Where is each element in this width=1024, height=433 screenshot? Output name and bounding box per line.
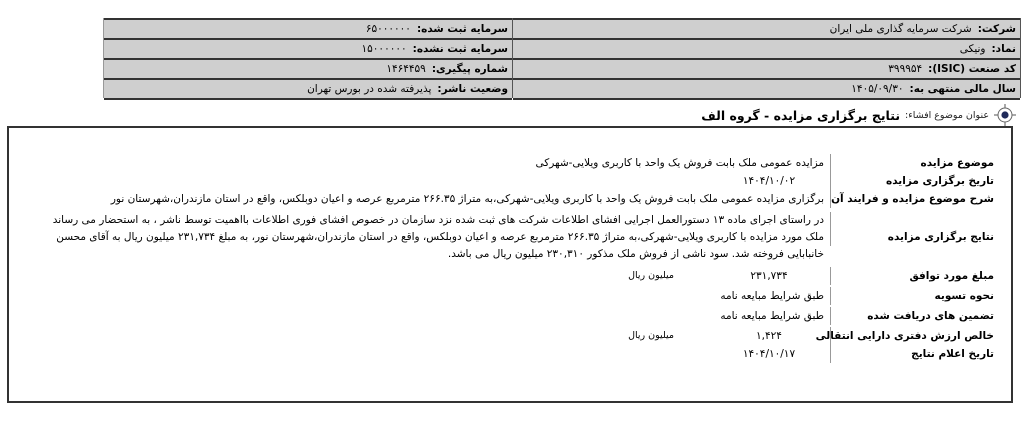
net-book-value-value: ۱,۴۲۴: [714, 327, 824, 345]
publisher-status-label: وضعیت ناشر:: [437, 83, 508, 95]
auction-subject-row: موضوع مزایده مزایده عمومی ملک بابت فروش …: [38, 154, 998, 172]
unregistered-capital-row: سرمایه ثبت نشده: ۱۵۰۰۰۰۰۰: [104, 38, 512, 58]
isic-value: ۳۹۹۹۵۴: [888, 63, 922, 75]
tracking-number-row: شماره پیگیری: ۱۴۶۴۴۵۹: [104, 58, 512, 78]
agreed-amount-value: ۲۳۱,۷۳۴: [714, 267, 824, 285]
settlement-row: نحوه تسویه طبق شرایط مبایعه نامه: [38, 287, 998, 305]
agreed-amount-row: مبلغ مورد توافق ۲۳۱,۷۳۴ میلیون ریال: [38, 267, 998, 285]
company-name-value: شرکت سرمایه گذاری ملی ایران: [830, 23, 972, 35]
auction-results-value: در راستای اجرای ماده ۱۳ دستورالعمل اجرای…: [38, 212, 830, 263]
unregistered-capital-label: سرمایه ثبت نشده:: [413, 43, 508, 55]
subject-label: عنوان موضوع افشاء:: [905, 110, 989, 121]
auction-subject-value: مزایده عمومی ملک بابت فروش یک واحد با کا…: [535, 154, 830, 172]
registered-capital-row: سرمایه ثبت شده: ۶۵۰۰۰۰۰۰: [104, 18, 512, 38]
auction-date-row: تاریخ برگزاری مزایده ۱۴۰۴/۱۰/۰۲: [38, 172, 998, 190]
guarantees-value: طبق شرایط مبایعه نامه: [720, 307, 830, 325]
announcement-date-row: تاریخ اعلام نتایج ۱۴۰۴/۱۰/۱۷: [38, 345, 998, 363]
auction-date-value: ۱۴۰۴/۱۰/۰۲: [714, 172, 830, 190]
net-book-value-label: خالص ارزش دفتری دارایی انتقالی: [830, 327, 998, 345]
auction-results-row: نتایج برگزاری مزایده در راستای اجرای ماد…: [38, 212, 998, 263]
auction-results-label: نتایج برگزاری مزایده: [830, 212, 998, 246]
isic-label: کد صنعت (ISIC):: [928, 63, 1016, 75]
announcement-date-label: تاریخ اعلام نتایج: [830, 345, 998, 363]
agreed-amount-label: مبلغ مورد توافق: [830, 267, 998, 285]
registered-capital-value: ۶۵۰۰۰۰۰۰: [366, 23, 411, 35]
subject-title: نتایج برگزاری مزایده - گروه الف: [701, 108, 900, 123]
settlement-value: طبق شرایط مبایعه نامه: [720, 287, 830, 305]
auction-description-value: برگزاری مزایده عمومی ملک بابت فروش یک وا…: [111, 190, 830, 208]
company-name-row: شرکت: شرکت سرمایه گذاری ملی ایران: [513, 18, 1020, 38]
target-icon: [994, 104, 1016, 126]
tracking-number-value: ۱۴۶۴۴۵۹: [386, 63, 425, 75]
auction-description-label: شرح موضوع مزایده و فرایند آن: [830, 190, 998, 208]
unregistered-capital-value: ۱۵۰۰۰۰۰۰: [362, 43, 407, 55]
tracking-number-label: شماره پیگیری:: [432, 63, 508, 75]
symbol-label: نماد:: [991, 43, 1016, 55]
fiscal-year-value: ۱۴۰۵/۰۹/۳۰: [851, 83, 903, 95]
registered-capital-label: سرمایه ثبت شده:: [417, 23, 508, 35]
company-info-right-column: شرکت: شرکت سرمایه گذاری ملی ایران نماد: …: [512, 18, 1020, 98]
guarantees-label: تضمین های دریافت شده: [830, 307, 998, 325]
company-name-label: شرکت:: [978, 23, 1016, 35]
auction-date-label: تاریخ برگزاری مزایده: [830, 172, 998, 190]
agreed-amount-unit: میلیون ریال: [628, 267, 674, 285]
auction-details: موضوع مزایده مزایده عمومی ملک بابت فروش …: [38, 154, 998, 363]
net-book-value-unit: میلیون ریال: [628, 327, 674, 345]
auction-subject-label: موضوع مزایده: [830, 154, 998, 172]
fiscal-year-row: سال مالی منتهی به: ۱۴۰۵/۰۹/۳۰: [513, 78, 1020, 100]
isic-row: کد صنعت (ISIC): ۳۹۹۹۵۴: [513, 58, 1020, 78]
disclosure-subject: عنوان موضوع افشاء: نتایج برگزاری مزایده …: [701, 104, 1016, 126]
auction-description-row: شرح موضوع مزایده و فرایند آن برگزاری مزا…: [38, 190, 998, 208]
company-info-table: شرکت: شرکت سرمایه گذاری ملی ایران نماد: …: [103, 18, 1021, 98]
settlement-label: نحوه تسویه: [830, 287, 998, 305]
announcement-date-value: ۱۴۰۴/۱۰/۱۷: [714, 345, 824, 363]
guarantees-row: تضمین های دریافت شده طبق شرایط مبایعه نا…: [38, 307, 998, 325]
publisher-status-value: پذیرفته شده در بورس تهران: [307, 83, 431, 95]
net-book-value-row: خالص ارزش دفتری دارایی انتقالی ۱,۴۲۴ میل…: [38, 327, 998, 345]
publisher-status-row: وضعیت ناشر: پذیرفته شده در بورس تهران: [104, 78, 512, 100]
symbol-value: ونیکی: [960, 43, 986, 55]
symbol-row: نماد: ونیکی: [513, 38, 1020, 58]
fiscal-year-label: سال مالی منتهی به:: [910, 83, 1017, 95]
company-info-left-column: سرمایه ثبت شده: ۶۵۰۰۰۰۰۰ سرمایه ثبت نشده…: [104, 18, 512, 98]
